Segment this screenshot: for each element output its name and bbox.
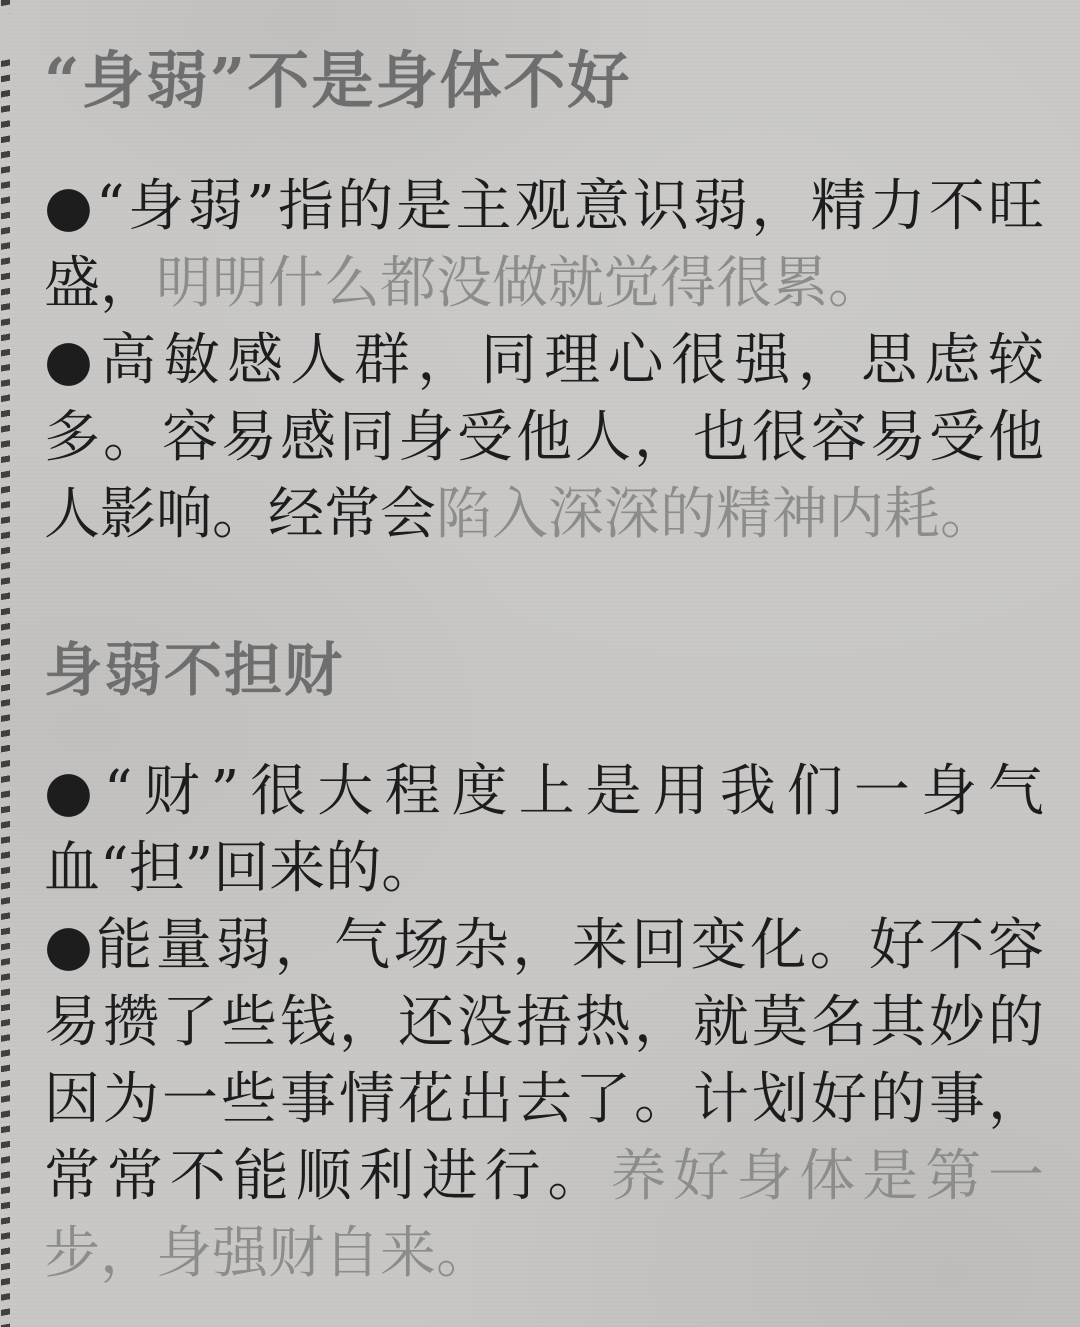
content-area: “身弱”不是身体不好 ●“身弱”指的是主观意识弱，精力不旺盛，明明什么都没做就觉… <box>44 40 1044 1292</box>
section-2-bullet-1: ●“财”很大程度上是用我们一身气血“担”回来的。 <box>44 753 1044 907</box>
text-segment-muted: 明明什么都没做就觉得很累。 <box>156 251 884 316</box>
text-segment-dark: ●“财”很大程度上是用我们一身气血“担”回来的。 <box>44 759 1044 901</box>
text-segment-muted: 陷入深深的精神内耗。 <box>436 482 996 547</box>
stitched-edge-decoration <box>1 0 10 1327</box>
section-1-bullet-1: ●“身弱”指的是主观意识弱，精力不旺盛，明明什么都没做就觉得很累。 <box>44 168 1044 322</box>
text-card-page: “身弱”不是身体不好 ●“身弱”指的是主观意识弱，精力不旺盛，明明什么都没做就觉… <box>0 0 1080 1327</box>
section-2-bullet-2: ●能量弱，气场杂，来回变化。好不容易攒了些钱，还没捂热，就莫名其妙的因为一些事情… <box>44 907 1044 1292</box>
section-1-bullet-2: ●高敏感人群，同理心很强，思虑较多。容易感同身受他人，也很容易受他人影响。经常会… <box>44 322 1044 553</box>
section-2-title: 身弱不担财 <box>44 629 1044 711</box>
section-1-title: “身弱”不是身体不好 <box>44 40 1044 122</box>
